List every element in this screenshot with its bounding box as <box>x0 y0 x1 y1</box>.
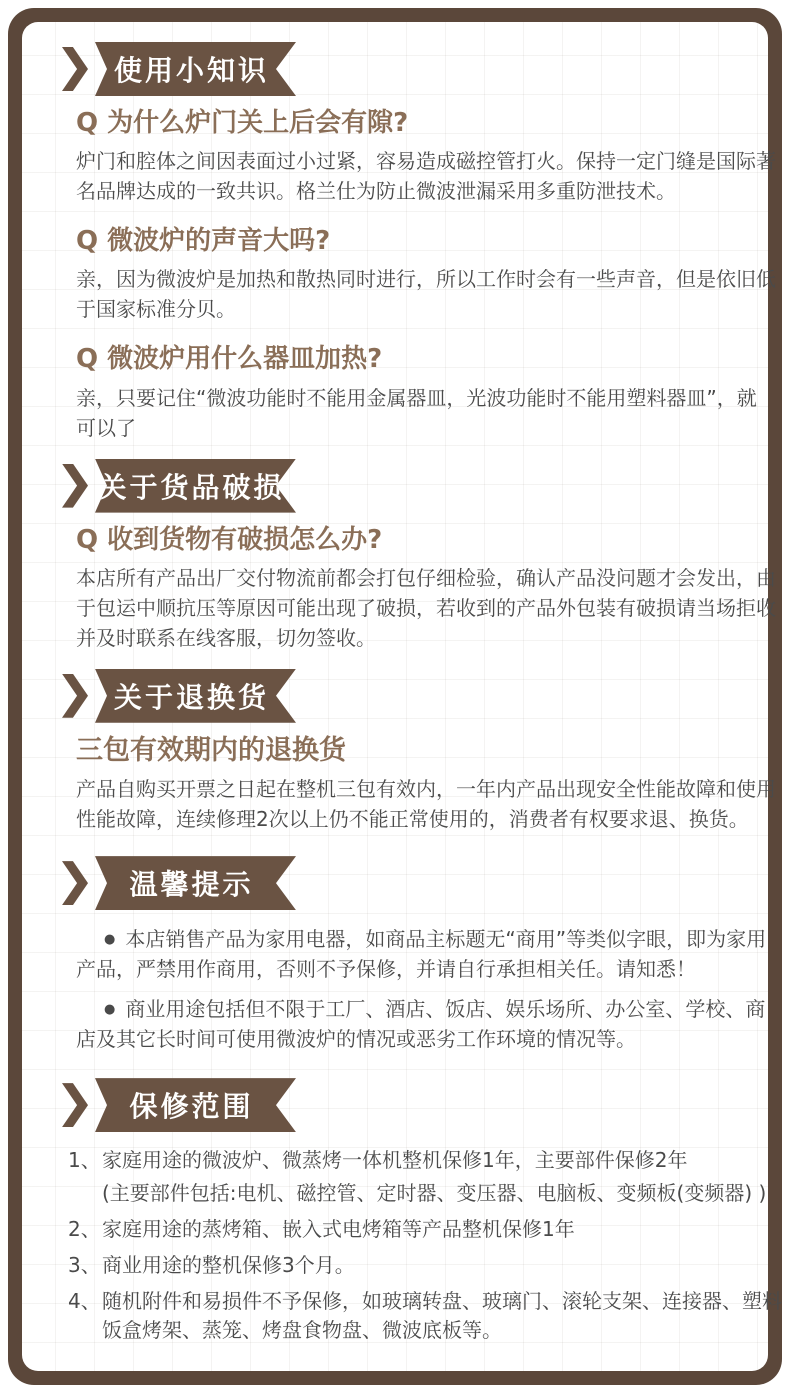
section-banner-notice: 温馨提示 <box>62 856 296 910</box>
banner-label: 保修范围 <box>95 1078 296 1132</box>
ribbon-chevron-icon <box>62 674 88 718</box>
warranty-item: 2、 家庭用途的蒸烤箱、嵌入式电烤箱等产品整机保修1年 <box>68 1215 784 1244</box>
answer-noise: 亲，因为微波炉是加热和散热同时进行，所以工作时会有一些声音，但是依旧低于国家标准… <box>76 264 776 324</box>
warranty-text: 家庭用途的微波炉、微蒸烤一体机整机保修1年，主要部件保修2年 <box>102 1148 687 1172</box>
outer-brown-frame: 使用小知识 Q 为什么炉门关上后会有隙? 炉门和腔体之间因表面过小过紧，容易造成… <box>8 8 782 1385</box>
warranty-text: 随机附件和易损件不予保修，如玻璃转盘、玻璃门、滚轮支架、连接器、塑料饭盒烤架、蒸… <box>102 1287 784 1345</box>
question-noise: Q 微波炉的声音大吗? <box>76 226 742 257</box>
notice-item: ●本店销售产品为家用电器，如商品主标题无“商用”等类似字眼，即为家用产品，严禁用… <box>76 924 776 984</box>
list-number: 1、 <box>68 1146 102 1208</box>
list-number: 2、 <box>68 1215 102 1244</box>
warranty-item: 4、 随机附件和易损件不予保修，如玻璃转盘、玻璃门、滚轮支架、连接器、塑料饭盒烤… <box>68 1287 784 1345</box>
content-panel: 使用小知识 Q 为什么炉门关上后会有隙? 炉门和腔体之间因表面过小过紧，容易造成… <box>22 22 768 1371</box>
answer-damaged-goods: 本店所有产品出厂交付物流前都会打包仔细检验，确认产品没问题才会发出，由于包运中顺… <box>76 563 776 653</box>
returns-policy-text: 产品自购买开票之日起在整机三包有效内，一年内产品出现安全性能故障和使用性能故障，… <box>76 774 776 834</box>
notice-item: ●商业用途包括但不限于工厂、酒店、饭店、娱乐场所、办公室、学校、商店及其它长时间… <box>76 994 776 1054</box>
answer-containers: 亲，只要记住“微波功能时不能用金属器皿，光波功能时不能用塑料器皿”，就可以了 <box>76 383 776 443</box>
question-containers: Q 微波炉用什么器皿加热? <box>76 344 742 375</box>
notice-text: 本店销售产品为家用电器，如商品主标题无“商用”等类似字眼，即为家用产品，严禁用作… <box>76 927 766 981</box>
ribbon-chevron-icon <box>62 464 88 508</box>
list-number: 4、 <box>68 1287 102 1345</box>
ribbon-chevron-icon <box>62 47 88 91</box>
ribbon-chevron-icon <box>62 1083 88 1127</box>
notice-text: 商业用途包括但不限于工厂、酒店、饭店、娱乐场所、办公室、学校、商店及其它长时间可… <box>76 997 765 1051</box>
banner-label: 关于退换货 <box>95 669 296 723</box>
ribbon-chevron-icon <box>62 861 88 905</box>
question-damaged-goods: Q 收到货物有破损怎么办? <box>76 525 742 556</box>
section-banner-damage: 关于货品破损 <box>62 459 296 513</box>
bullet-icon: ● <box>104 932 115 947</box>
banner-label: 使用小知识 <box>95 42 296 96</box>
section-banner-returns: 关于退换货 <box>62 669 296 723</box>
warranty-item: 1、 家庭用途的微波炉、微蒸烤一体机整机保修1年，主要部件保修2年 (主要部件包… <box>68 1146 784 1208</box>
returns-subtitle: 三包有效期内的退换货 <box>76 735 742 767</box>
banner-label: 温馨提示 <box>95 856 296 910</box>
banner-label: 关于货品破损 <box>95 459 296 513</box>
section-banner-usage-tips: 使用小知识 <box>62 42 296 96</box>
warranty-text: 家庭用途的蒸烤箱、嵌入式电烤箱等产品整机保修1年 <box>102 1215 784 1244</box>
warranty-text: 商业用途的整机保修3个月。 <box>102 1251 784 1280</box>
bullet-icon: ● <box>104 1002 115 1017</box>
warranty-note: (主要部件包括:电机、磁控管、定时器、变压器、电脑板、变频板(变频器) ) <box>102 1179 784 1208</box>
section-banner-warranty: 保修范围 <box>62 1078 296 1132</box>
answer-door-gap: 炉门和腔体之间因表面过小过紧，容易造成磁控管打火。保持一定门缝是国际著名品牌达成… <box>76 146 776 206</box>
list-number: 3、 <box>68 1251 102 1280</box>
question-door-gap: Q 为什么炉门关上后会有隙? <box>76 108 742 139</box>
warranty-list: 1、 家庭用途的微波炉、微蒸烤一体机整机保修1年，主要部件保修2年 (主要部件包… <box>68 1146 784 1345</box>
warranty-item: 3、 商业用途的整机保修3个月。 <box>68 1251 784 1280</box>
